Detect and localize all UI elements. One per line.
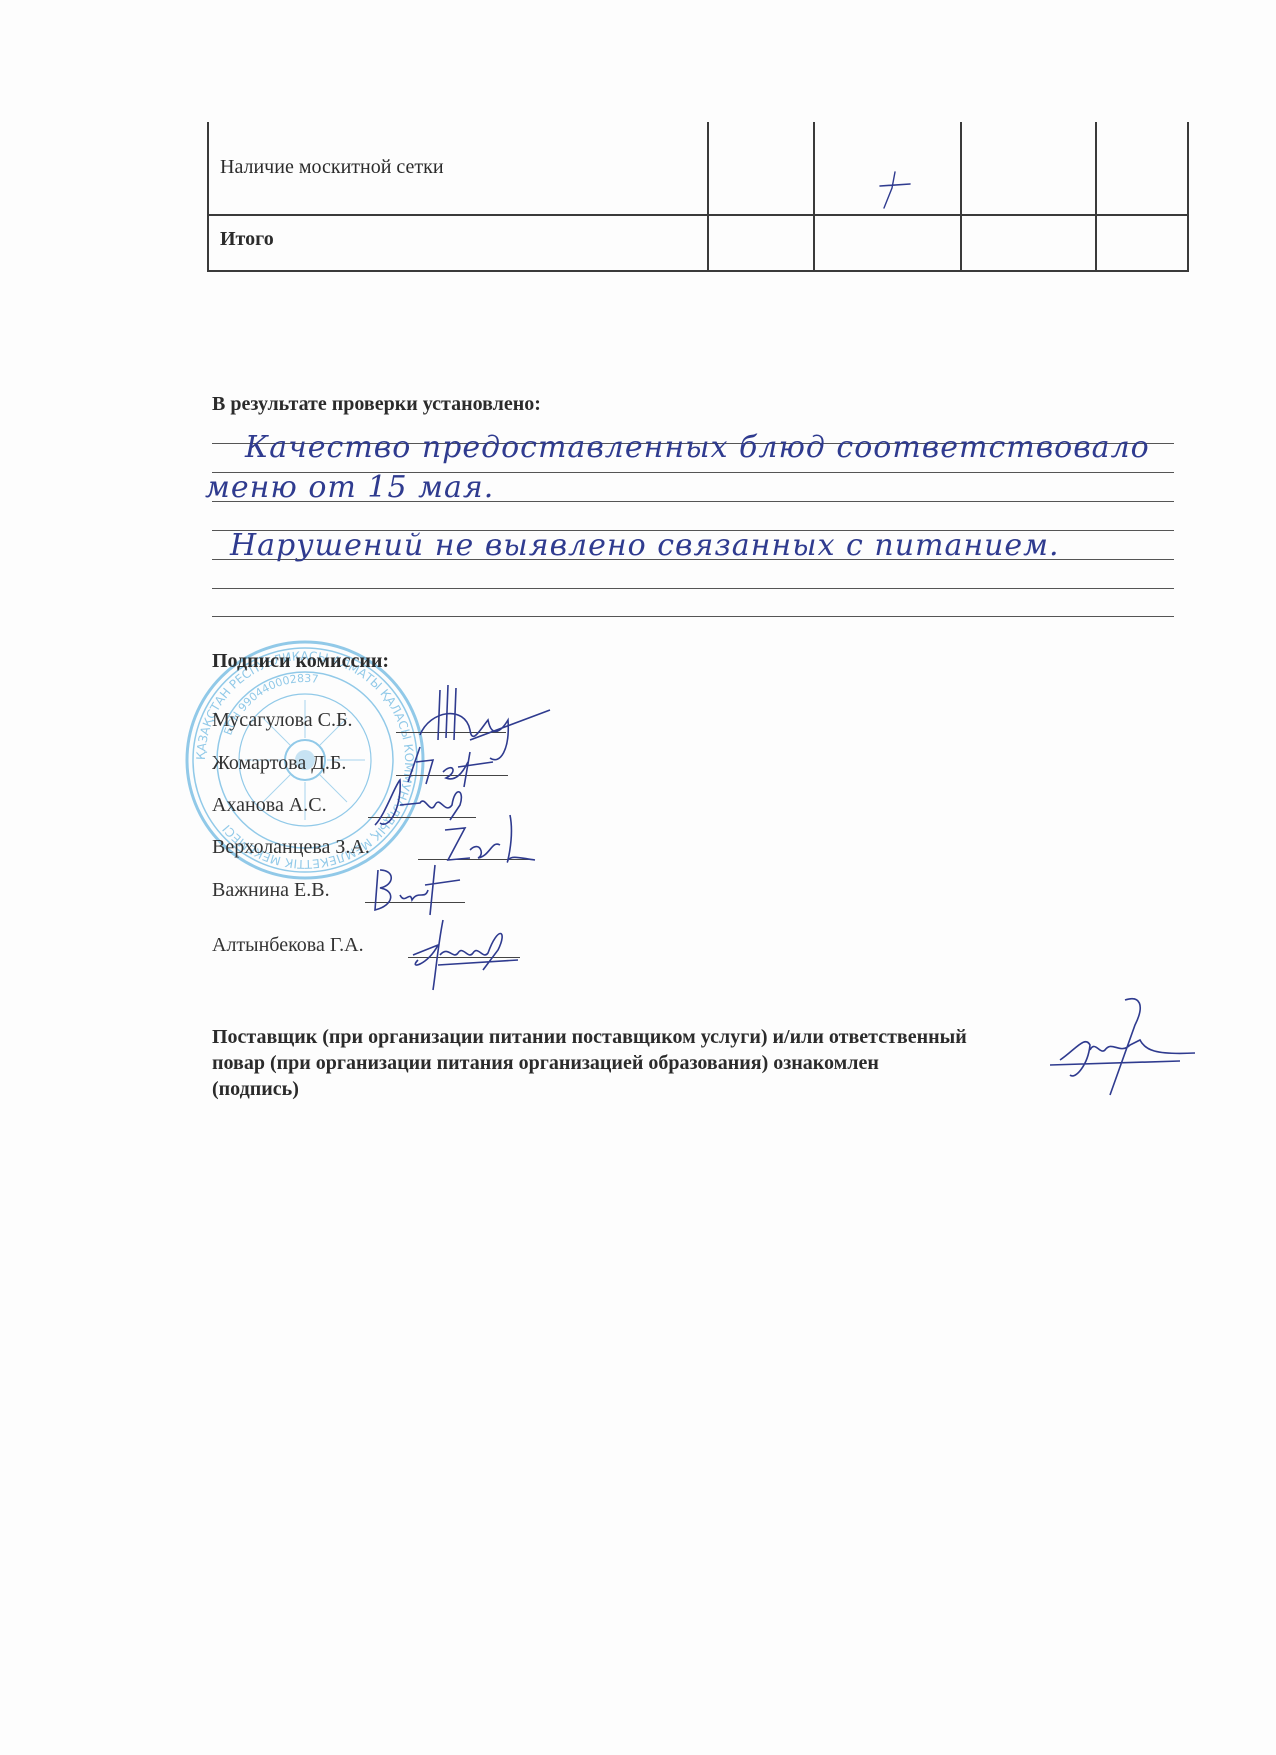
table-border — [207, 214, 1189, 216]
member-name: Аханова А.С. — [212, 794, 327, 817]
signature-icon — [398, 915, 528, 995]
member-name: Алтынбекова Г.А. — [212, 934, 364, 957]
table-row-label: Итого — [220, 228, 274, 251]
member-name: Важнина Е.В. — [212, 879, 330, 902]
table-border — [207, 122, 209, 272]
handwritten-finding-line: меню от 15 мая. — [205, 470, 494, 505]
signature-icon — [370, 860, 470, 920]
commission-heading: Подписи комиссии: — [212, 650, 389, 673]
handwritten-finding-line: Качество предоставленных блюд соответств… — [245, 430, 1150, 465]
table-border — [960, 122, 962, 272]
ruled-line — [212, 588, 1174, 589]
supplier-signature-icon — [1030, 995, 1200, 1105]
plus-mark-icon — [876, 170, 916, 214]
table-border — [1095, 122, 1097, 272]
member-name: Верхоланцева З.А. — [212, 836, 370, 859]
table-border — [207, 270, 1189, 272]
findings-heading: В результате проверки установлено: — [212, 393, 541, 416]
table-row-label: Наличие москитной сетки — [220, 156, 444, 179]
table-border — [707, 122, 709, 272]
member-name: Мусагулова С.Б. — [212, 709, 352, 732]
member-name: Жомартова Д.Б. — [212, 752, 346, 775]
ruled-line — [212, 616, 1174, 617]
table-border — [1187, 122, 1189, 272]
table-border — [813, 122, 815, 272]
handwritten-finding-line: Нарушений не выявлено связанных с питани… — [230, 528, 1060, 563]
